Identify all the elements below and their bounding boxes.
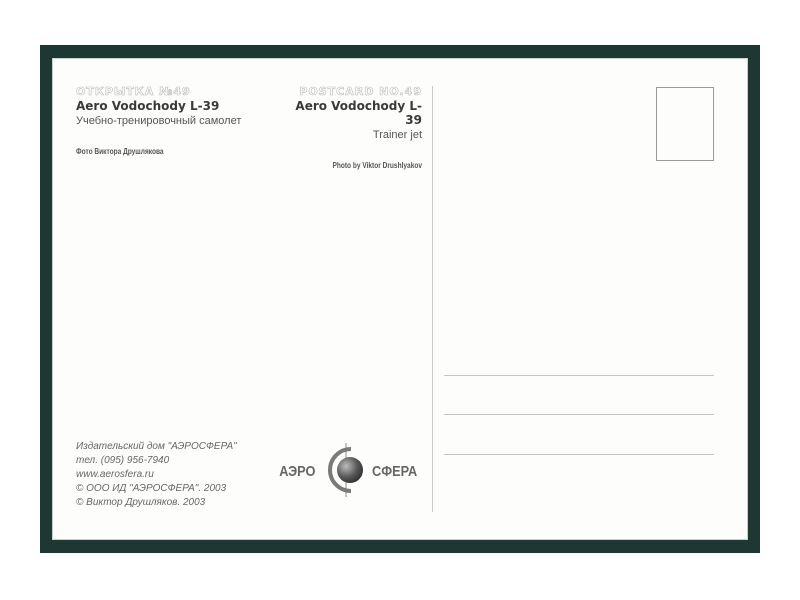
address-line-3 bbox=[444, 454, 714, 455]
publisher-name: Издательский дом "АЭРОСФЕРА" bbox=[76, 440, 237, 454]
postcard-back: ОТКРЫТКА №49 Aero Vodochody L-39 Учебно-… bbox=[52, 58, 748, 540]
address-line-2 bbox=[444, 414, 714, 415]
address-line-1 bbox=[444, 375, 714, 376]
postcard-number-ru: ОТКРЫТКА №49 bbox=[76, 85, 241, 98]
stamp-placeholder bbox=[656, 87, 714, 161]
copyright-publisher: © ООО ИД "АЭРОСФЕРА". 2003 bbox=[76, 482, 237, 496]
logo-text-right: СФЕРА bbox=[372, 463, 417, 480]
globe-icon bbox=[321, 443, 371, 497]
aircraft-title-ru: Aero Vodochody L-39 bbox=[76, 99, 241, 113]
aircraft-subtitle-en: Trainer jet bbox=[282, 129, 422, 141]
publisher-info: Издательский дом "АЭРОСФЕРА" тел. (095) … bbox=[76, 440, 237, 510]
copyright-photographer: © Виктор Друшляков. 2003 bbox=[76, 496, 237, 510]
center-divider bbox=[432, 86, 433, 512]
aerosfera-logo: АЭРО СФЕРА bbox=[276, 443, 426, 497]
publisher-website: www.aerosfera.ru bbox=[76, 468, 237, 482]
photo-credit-ru: Фото Виктора Друшлякова bbox=[76, 147, 212, 156]
postcard-frame: ОТКРЫТКА №49 Aero Vodochody L-39 Учебно-… bbox=[40, 45, 760, 553]
logo-text-left: АЭРО bbox=[279, 463, 315, 480]
aircraft-subtitle-ru: Учебно-тренировочный самолет bbox=[76, 115, 241, 127]
photo-credit-en: Photo by Viktor Drushlyakov bbox=[307, 161, 422, 170]
publisher-phone: тел. (095) 956-7940 bbox=[76, 454, 237, 468]
aircraft-title-en: Aero Vodochody L-39 bbox=[282, 99, 422, 127]
right-header: POSTCARD NO.49 Aero Vodochody L-39 Train… bbox=[282, 85, 422, 170]
postcard-number-en: POSTCARD NO.49 bbox=[282, 85, 422, 98]
left-header: ОТКРЫТКА №49 Aero Vodochody L-39 Учебно-… bbox=[76, 85, 241, 156]
